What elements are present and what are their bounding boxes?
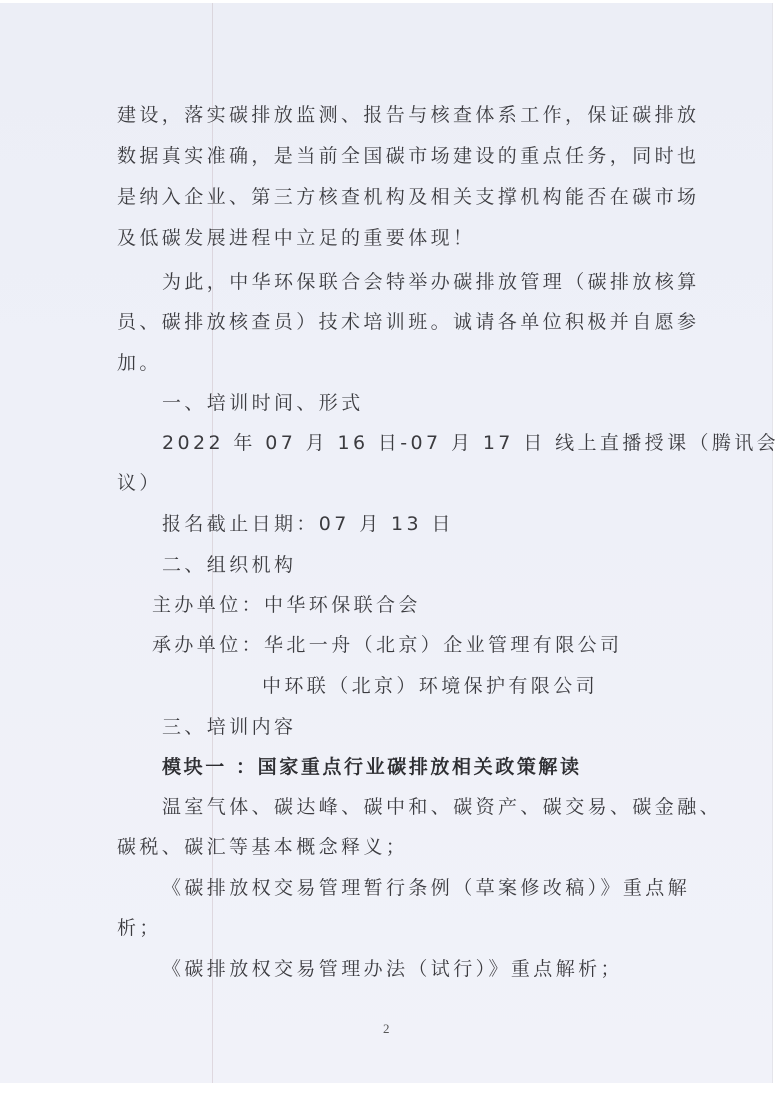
text-line: 数据真实准确，是当前全国碳市场建设的重点任务，同时也 xyxy=(117,144,699,168)
text-line: 三、培训内容 xyxy=(162,715,296,739)
text-line: 承办单位：华北一舟（北京）企业管理有限公司 xyxy=(152,633,622,657)
text-line: 中环联（北京）环境保护有限公司 xyxy=(262,674,598,698)
text-line: 一、培训时间、形式 xyxy=(162,391,364,415)
text-line: 碳税、碳汇等基本概念释义； xyxy=(117,835,408,859)
text-line: 报名截止日期：07 月 13 日 xyxy=(162,512,454,536)
section-heading: 模块一 ：国家重点行业碳排放相关政策解读 xyxy=(162,755,582,779)
text-line: 温室气体、碳达峰、碳中和、碳资产、碳交易、碳金融、 xyxy=(162,795,722,819)
text-line: 建设，落实碳排放监测、报告与核查体系工作，保证碳排放 xyxy=(117,103,699,127)
text-line: 议） xyxy=(117,471,162,495)
text-line: 《碳排放权交易管理办法（试行）》重点解析； xyxy=(162,957,623,981)
text-line: 加。 xyxy=(117,351,162,375)
scanned-page: 建设，落实碳排放监测、报告与核查体系工作，保证碳排放数据真实准确，是当前全国碳市… xyxy=(0,3,773,1083)
text-line: 及低碳发展进程中立足的重要体现！ xyxy=(117,226,475,250)
text-line: 二、组织机构 xyxy=(162,553,296,577)
text-line: 是纳入企业、第三方核查机构及相关支撑机构能否在碳市场 xyxy=(117,185,699,209)
text-line: 为此，中华环保联合会特举办碳排放管理（碳排放核算 xyxy=(162,270,700,294)
text-line: 主办单位：中华环保联合会 xyxy=(152,593,421,617)
text-line: 员、碳排放核查员）技术培训班。诚请各单位积极并自愿参 xyxy=(117,310,699,334)
text-line: 2022 年 07 月 16 日-07 月 17 日 线上直播授课（腾讯会 xyxy=(162,431,778,455)
page-number: 2 xyxy=(383,1021,390,1037)
text-line: 析； xyxy=(117,916,162,940)
text-line: 《碳排放权交易管理暂行条例（草案修改稿）》重点解 xyxy=(162,876,690,900)
